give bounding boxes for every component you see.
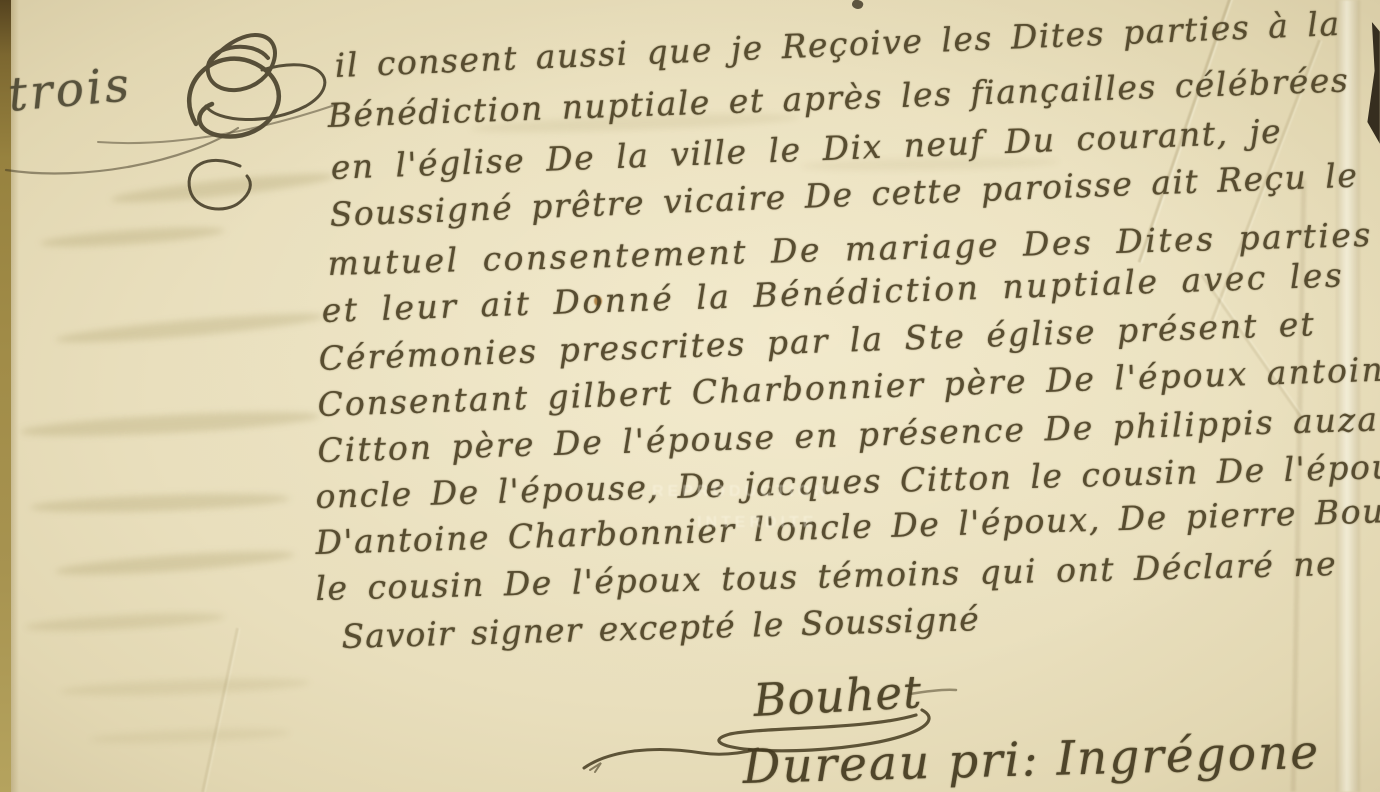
second-signature-swoosh-stroke <box>584 749 758 768</box>
bleed-through-smudge <box>55 547 296 580</box>
bleed-through-smudge <box>55 308 325 347</box>
bleed-through-smudge <box>60 676 310 699</box>
torn-corner-top-right <box>1362 22 1380 144</box>
bleed-through-smudge <box>90 727 290 746</box>
signature-bouhet: Bouhet <box>752 665 923 727</box>
archive-watermark-line1: REPRODUCTION <box>652 483 830 501</box>
flourish-curl-stroke <box>189 160 250 209</box>
ink-speck <box>851 0 864 11</box>
margin-note-trois: trois <box>6 57 134 123</box>
diagonal-crease-bottom-left <box>201 628 239 792</box>
flourish-sweep-stroke <box>6 128 238 174</box>
bleed-through-smudge <box>20 407 321 441</box>
archive-watermark-line2: INTERDITE <box>697 514 817 532</box>
bleed-through-smudge <box>30 490 290 515</box>
manuscript-line-13: Savoir signer excepté le Soussigné <box>341 599 980 656</box>
manuscript-page: trois il consent aussi que je Reçoive le… <box>0 0 1380 792</box>
bleed-through-smudge <box>25 610 225 634</box>
